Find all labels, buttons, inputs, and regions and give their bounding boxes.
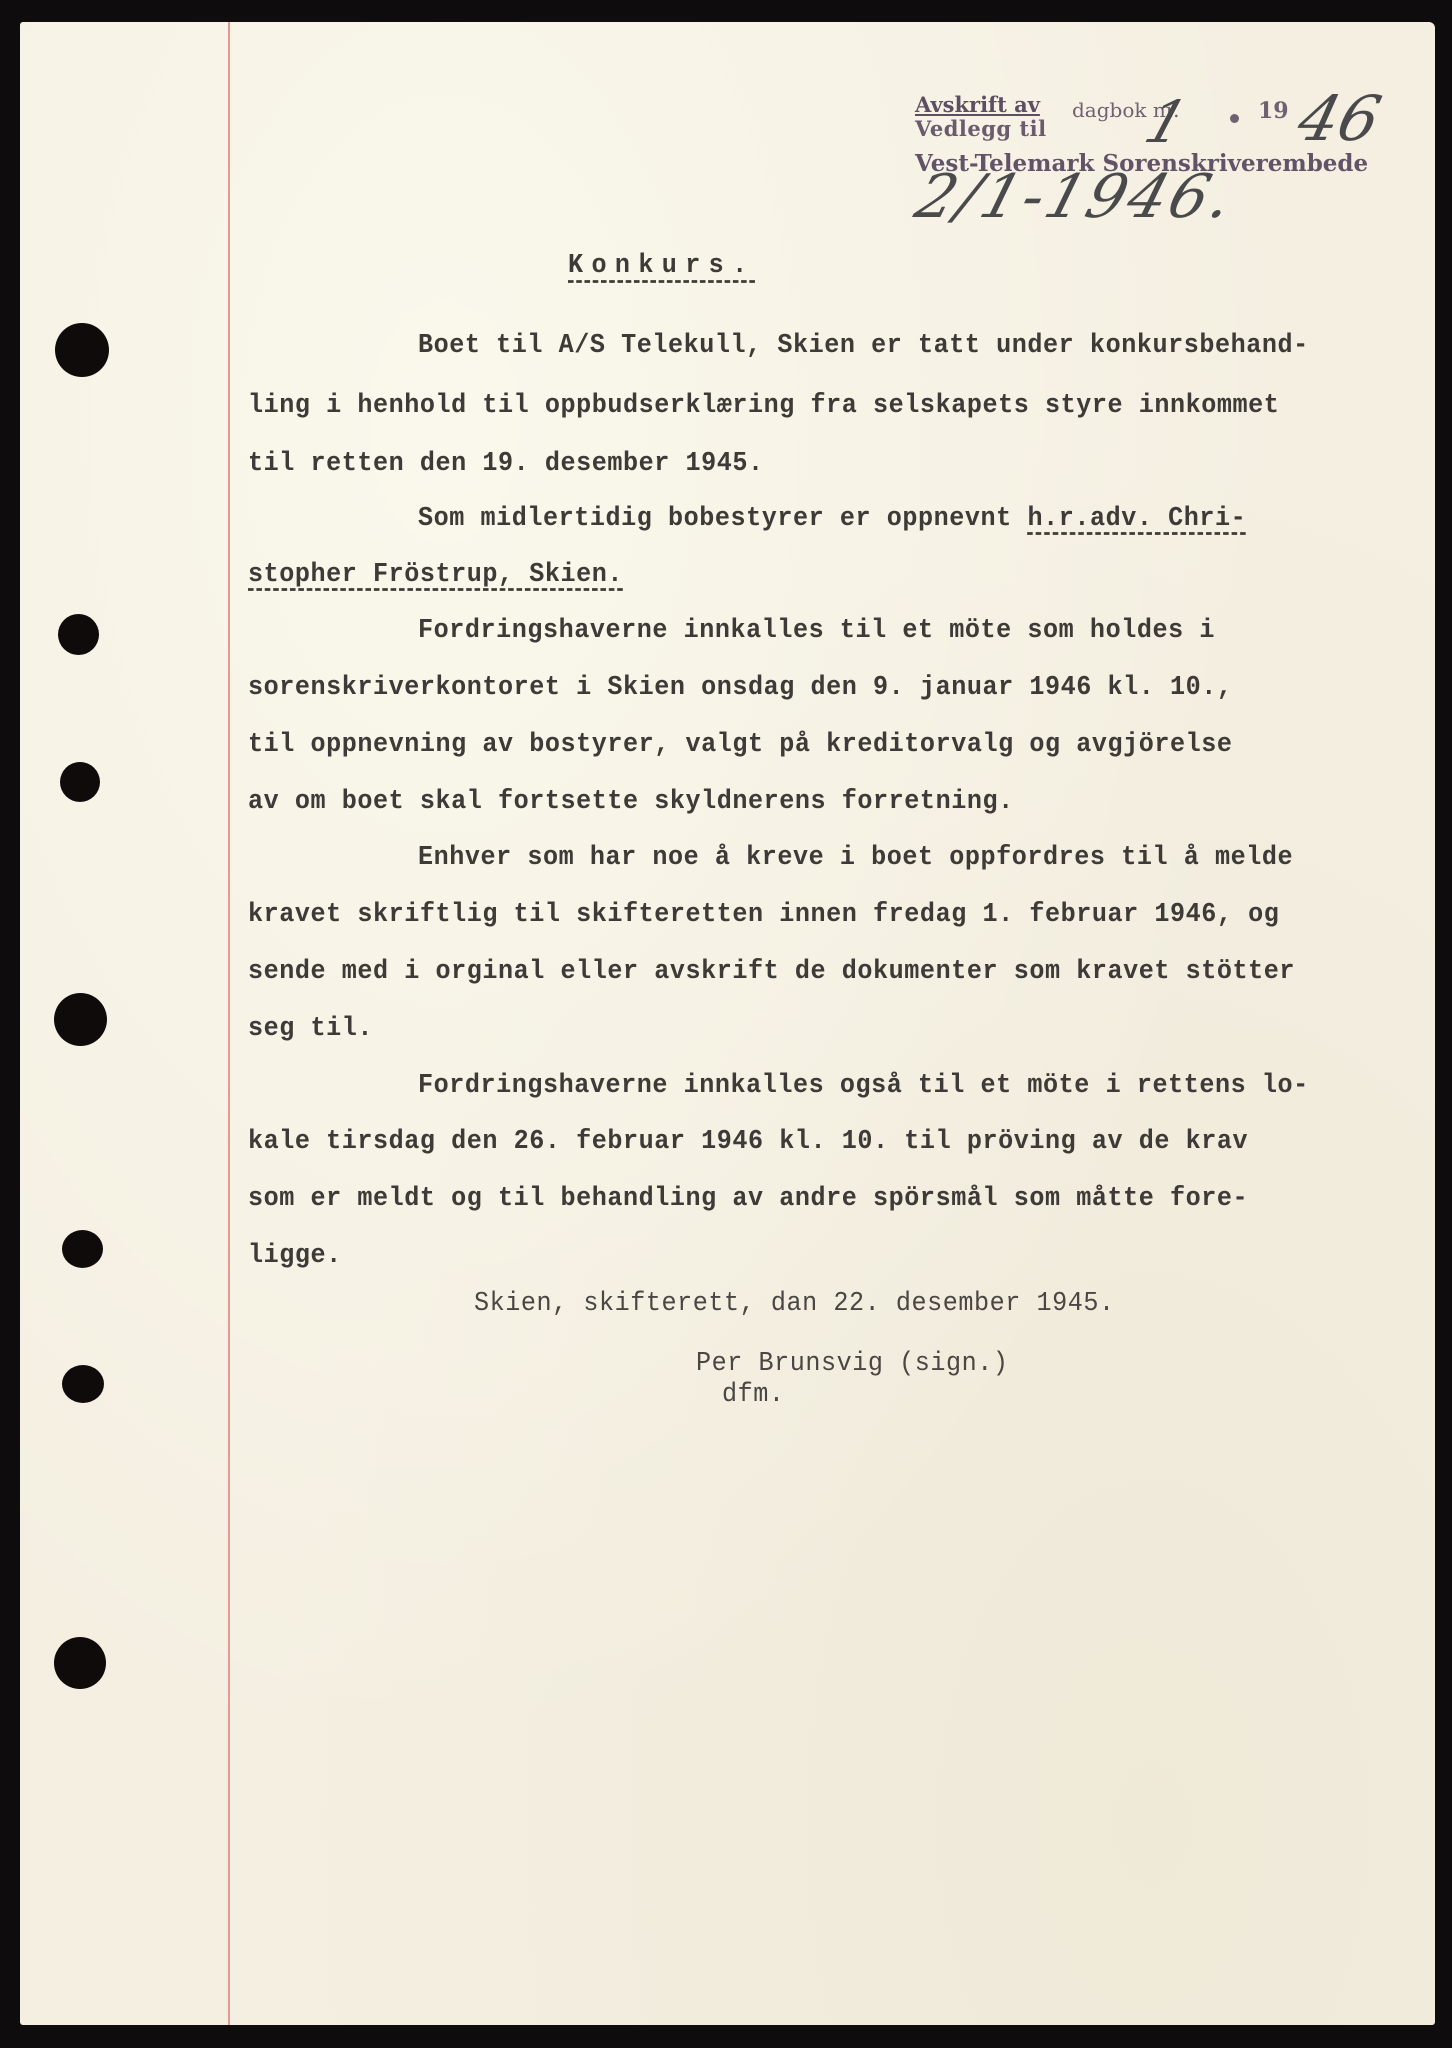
paragraph-4-line-2: kravet skriftlig til skifteretten innen … (248, 901, 1279, 929)
paragraph-5-line-4: ligge. (248, 1242, 342, 1270)
document-page (20, 22, 1435, 2025)
paragraph-1-line-1: Boet til A/S Telekull, Skien er tatt und… (418, 332, 1309, 360)
punch-hole-icon (62, 1365, 104, 1403)
stamp-year-prefix: 19 (1258, 98, 1289, 124)
paragraph-5-line-3: som er meldt og til behandling av andre … (248, 1185, 1248, 1213)
punch-hole-icon (54, 993, 107, 1046)
punch-hole-icon (58, 614, 99, 655)
document-title: Konkurs. (568, 252, 756, 280)
place-and-date: Skien, skifterett, dan 22. desember 1945… (474, 1290, 1115, 1318)
paragraph-4-line-3: sende med i orginal eller avskrift de do… (248, 958, 1295, 986)
paragraph-5-line-1: Fordringshaverne innkalles også til et m… (418, 1072, 1309, 1100)
paragraph-4-line-1: Enhver som har noe å kreve i boet oppfor… (418, 844, 1293, 872)
paragraph-3-line-4: av om boet skal fortsette skyldnerens fo… (248, 788, 1014, 816)
signature: Per Brunsvig (sign.) (696, 1350, 1009, 1378)
stamp-dot (1230, 114, 1239, 123)
handwritten-date: 2/1-1946. (908, 162, 1244, 232)
punch-hole-icon (62, 1230, 103, 1268)
trustee-name-part-1: h.r.adv. Chri- (1027, 504, 1246, 534)
paragraph-3-line-3: til oppnevning av bostyrer, valgt på kre… (248, 731, 1232, 759)
paragraph-4-line-4: seg til. (248, 1015, 373, 1043)
punch-hole-icon (55, 323, 109, 377)
punch-hole-icon (54, 1637, 106, 1689)
paragraph-2-text: Som midlertidig bobestyrer er oppnevnt (418, 504, 1027, 534)
stamp-line-vedlegg: Vedlegg til (915, 116, 1047, 141)
punch-hole-icon (60, 762, 100, 802)
paragraph-1-line-3: til retten den 19. desember 1945. (248, 450, 764, 478)
margin-line (228, 22, 230, 2025)
stamp-line-avskrift: Avskrift av (915, 92, 1040, 117)
signature-title: dfm. (722, 1381, 785, 1409)
paragraph-1-line-2: ling i henhold til oppbudserklæring fra … (248, 392, 1279, 420)
paragraph-3-line-1: Fordringshaverne innkalles til et möte s… (418, 617, 1215, 645)
trustee-name-part-2: stopher Fröstrup, Skien. (248, 561, 623, 589)
paragraph-2-line-1: Som midlertidig bobestyrer er oppnevnt h… (418, 505, 1246, 533)
paragraph-5-line-2: kale tirsdag den 26. februar 1946 kl. 10… (248, 1128, 1248, 1156)
paragraph-3-line-2: sorenskriverkontoret i Skien onsdag den … (248, 674, 1232, 702)
